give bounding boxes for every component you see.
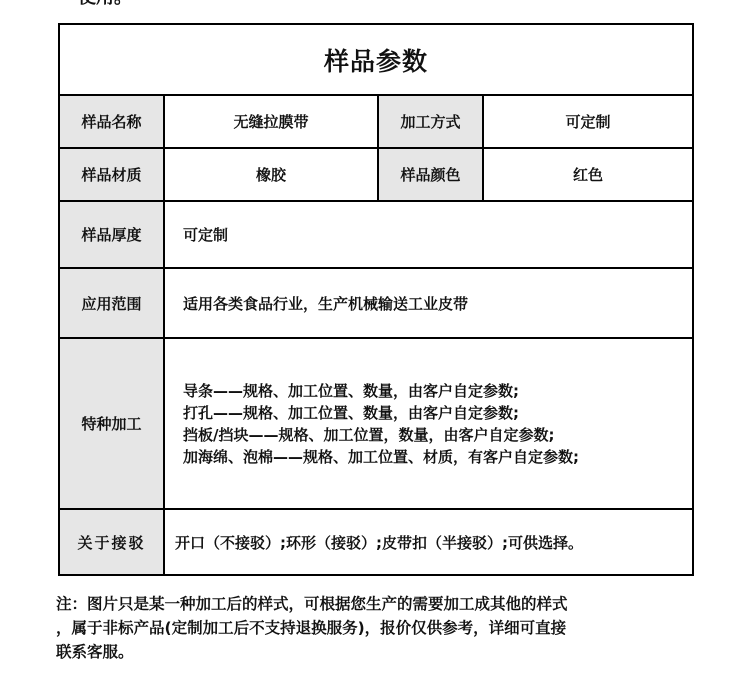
- sample-material-label: 样品材质: [59, 148, 164, 201]
- note-line: ，属于非标产品(定制加工后不支持退换服务)，报价仅供参考，详细可直接: [56, 616, 706, 640]
- sample-thickness-value: 可定制: [164, 201, 693, 268]
- table-title: 样品参数: [59, 24, 693, 95]
- table-row: 关于接驳 开口（不接驳）;环形（接驳）;皮带扣（半接驳）;可供选择。: [59, 509, 693, 575]
- special-processing-line: 导条——规格、加工位置、数量，由客户自定参数;: [183, 380, 692, 402]
- note-line: 注：图片只是某一种加工后的样式，可根据您生产的需要加工成其他的样式: [56, 592, 706, 616]
- sample-name-label: 样品名称: [59, 95, 164, 148]
- sample-name-value: 无缝拉膜带: [164, 95, 378, 148]
- previous-section-fragment: 使用。: [78, 0, 132, 8]
- note-line: 联系客服。: [56, 640, 706, 664]
- joint-value: 开口（不接驳）;环形（接驳）;皮带扣（半接驳）;可供选择。: [164, 509, 693, 575]
- table-row: 特种加工 导条——规格、加工位置、数量，由客户自定参数; 打孔——规格、加工位置…: [59, 338, 693, 509]
- special-processing-line: 挡板/挡块——规格、加工位置，数量，由客户自定参数;: [183, 424, 692, 446]
- table-row: 样品材质 橡胶 样品颜色 红色: [59, 148, 693, 201]
- application-scope-label: 应用范围: [59, 268, 164, 338]
- special-processing-value: 导条——规格、加工位置、数量，由客户自定参数; 打孔——规格、加工位置、数量，由…: [164, 338, 693, 509]
- sample-color-value: 红色: [483, 148, 693, 201]
- special-processing-line: 打孔——规格、加工位置、数量，由客户自定参数;: [183, 402, 692, 424]
- table-row: 应用范围 适用各类食品行业，生产机械输送工业皮带: [59, 268, 693, 338]
- sample-color-label: 样品颜色: [378, 148, 483, 201]
- spec-table: 样品参数 样品名称 无缝拉膜带 加工方式 可定制 样品材质 橡胶 样品颜色 红色…: [58, 23, 694, 576]
- joint-label: 关于接驳: [59, 509, 164, 575]
- disclaimer-note: 注：图片只是某一种加工后的样式，可根据您生产的需要加工成其他的样式 ，属于非标产…: [56, 592, 706, 664]
- sample-material-value: 橡胶: [164, 148, 378, 201]
- special-processing-line: 加海绵、泡棉——规格、加工位置、材质，有客户自定参数;: [183, 446, 692, 468]
- special-processing-label: 特种加工: [59, 338, 164, 509]
- application-scope-value: 适用各类食品行业，生产机械输送工业皮带: [164, 268, 693, 338]
- table-row: 样品名称 无缝拉膜带 加工方式 可定制: [59, 95, 693, 148]
- sample-thickness-label: 样品厚度: [59, 201, 164, 268]
- processing-method-value: 可定制: [483, 95, 693, 148]
- table-title-row: 样品参数: [59, 24, 693, 95]
- processing-method-label: 加工方式: [378, 95, 483, 148]
- table-row: 样品厚度 可定制: [59, 201, 693, 268]
